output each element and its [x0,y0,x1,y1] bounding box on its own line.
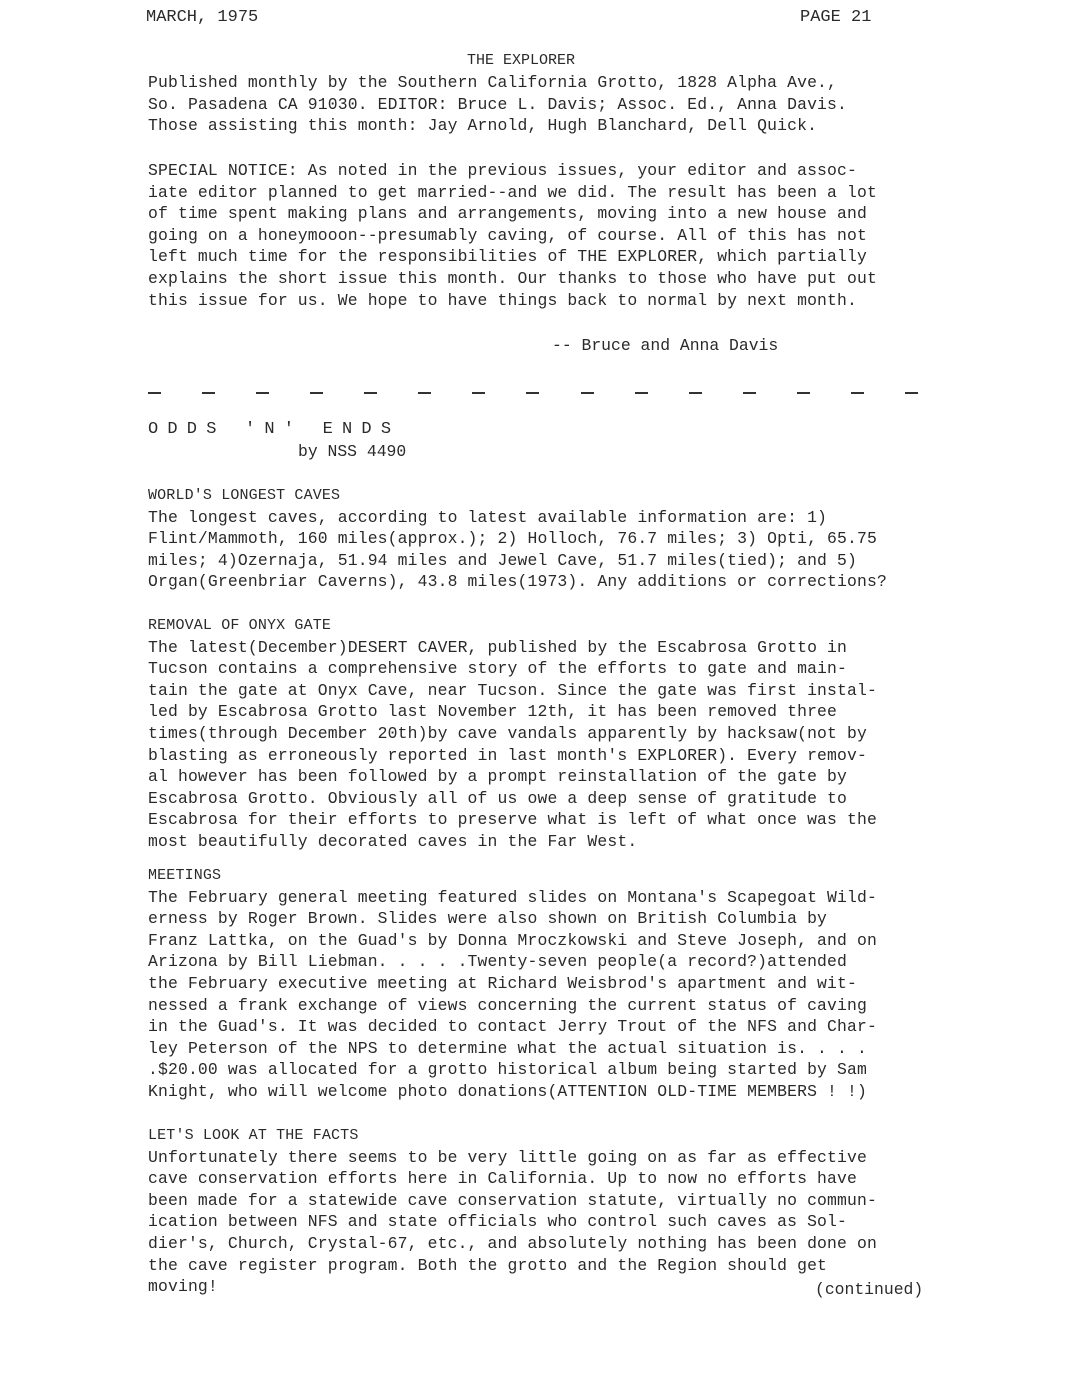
section-line: erness by Roger Brown. Slides were also … [148,908,877,930]
section-line: led by Escabrosa Grotto last November 12… [148,701,877,723]
masthead-line: Published monthly by the Southern Califo… [148,72,847,94]
section-meetings: MEETINGS The February general meeting fe… [148,865,877,1103]
section-look-at-facts: LET'S LOOK AT THE FACTS Unfortunately th… [148,1125,877,1298]
section-line: ication between NFS and state officials … [148,1211,877,1233]
section-heading: WORLD'S LONGEST CAVES [148,485,887,507]
section-line: ley Peterson of the NPS to determine wha… [148,1038,877,1060]
notice-line: of time spent making plans and arrangeme… [148,203,877,225]
section-line: times(through December 20th)by cave vand… [148,723,877,745]
section-line: Escabrosa Grotto. Obviously all of us ow… [148,788,877,810]
masthead-title: THE EXPLORER [467,52,575,69]
section-line: Franz Lattka, on the Guad's by Donna Mro… [148,930,877,952]
section-heading: REMOVAL OF ONYX GATE [148,615,877,637]
notice-line: SPECIAL NOTICE: As noted in the previous… [148,160,877,182]
section-line: Unfortunately there seems to be very lit… [148,1147,877,1169]
section-line: Organ(Greenbriar Caverns), 43.8 miles(19… [148,571,887,593]
section-line: miles; 4)Ozernaja, 51.94 miles and Jewel… [148,550,887,572]
section-line: The longest caves, according to latest a… [148,507,887,529]
notice-line: going on a honeymooon--presumably caving… [148,225,877,247]
section-line: in the Guad's. It was decided to contact… [148,1016,877,1038]
section-line: .$20.00 was allocated for a grotto histo… [148,1059,877,1081]
masthead-line: Those assisting this month: Jay Arnold, … [148,115,847,137]
section-line: dier's, Church, Crystal-67, etc., and ab… [148,1233,877,1255]
continued-note: (continued) [815,1280,923,1299]
notice-line: iate editor planned to get married--and … [148,182,877,204]
section-line: tain the gate at Onyx Cave, near Tucson.… [148,680,877,702]
section-heading: LET'S LOOK AT THE FACTS [148,1125,877,1147]
section-line: the cave register program. Both the grot… [148,1255,877,1277]
section-line: the February executive meeting at Richar… [148,973,877,995]
section-line: Flint/Mammoth, 160 miles(approx.); 2) Ho… [148,528,887,550]
masthead-info: Published monthly by the Southern Califo… [148,72,847,137]
section-line: nessed a frank exchange of views concern… [148,995,877,1017]
section-line: The latest(December)DESERT CAVER, publis… [148,637,877,659]
masthead-line: So. Pasadena CA 91030. EDITOR: Bruce L. … [148,94,847,116]
notice-line: explains the short issue this month. Our… [148,268,877,290]
notice-line: left much time for the responsibilities … [148,246,877,268]
notice-signature: -- Bruce and Anna Davis [552,336,778,355]
section-divider [148,392,918,396]
notice-line: this issue for us. We hope to have thing… [148,290,877,312]
section-line: Knight, who will welcome photo donations… [148,1081,877,1103]
section-line: moving! [148,1276,877,1298]
special-notice: SPECIAL NOTICE: As noted in the previous… [148,160,877,311]
column-byline: by NSS 4490 [298,442,406,461]
section-heading: MEETINGS [148,865,877,887]
section-line: been made for a statewide cave conservat… [148,1190,877,1212]
section-line: Tucson contains a comprehensive story of… [148,658,877,680]
page-number: PAGE 21 [800,8,871,27]
section-line: cave conservation efforts here in Califo… [148,1168,877,1190]
section-longest-caves: WORLD'S LONGEST CAVES The longest caves,… [148,485,887,593]
issue-date: MARCH, 1975 [146,8,258,27]
section-line: al however has been followed by a prompt… [148,766,877,788]
section-line: The February general meeting featured sl… [148,887,877,909]
section-onyx-gate: REMOVAL OF ONYX GATE The latest(December… [148,615,877,853]
section-line: blasting as erroneously reported in last… [148,745,877,767]
section-line: Escabrosa for their efforts to preserve … [148,809,877,831]
section-line: Arizona by Bill Liebman. . . . .Twenty-s… [148,951,877,973]
column-title: ODDS 'N' ENDS [148,420,400,439]
section-line: most beautifully decorated caves in the … [148,831,877,853]
